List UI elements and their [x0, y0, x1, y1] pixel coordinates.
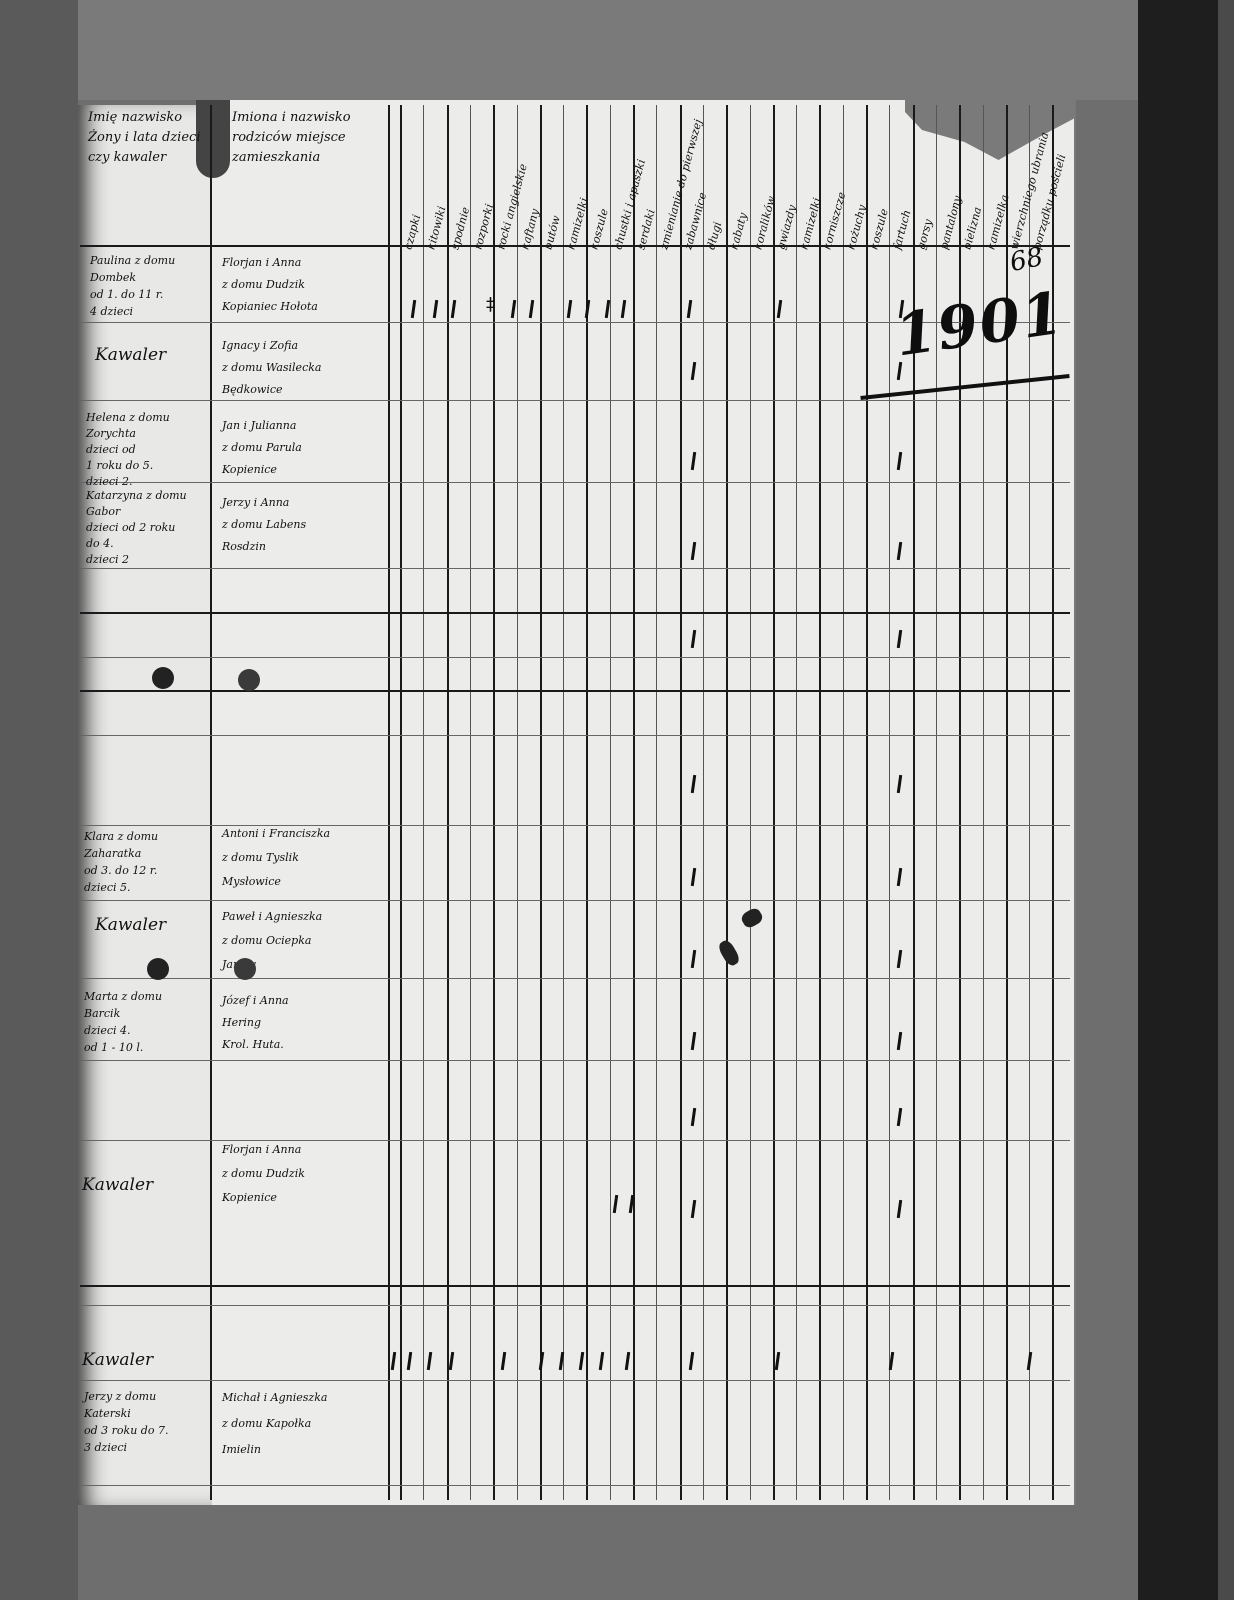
row-line [80, 612, 1070, 614]
entry-right-4: Jerzy i Anna z domu Labens Rosdzin [222, 492, 387, 558]
column-divider [726, 105, 728, 1500]
scanner-edge-strip [1138, 0, 1218, 1600]
entry-right-9: Józef i Anna Hering Krol. Huta. [222, 990, 387, 1056]
row-line [80, 735, 1070, 736]
entry-left-11: Kawaler [82, 1175, 153, 1195]
column-divider [843, 105, 844, 1500]
column-divider [400, 105, 402, 1500]
entry-right-14: Michał i Agnieszka z domu Kapołka Imieli… [222, 1385, 387, 1463]
divider-flap [210, 105, 212, 1500]
column-divider [517, 105, 518, 1500]
column-divider [423, 105, 424, 1500]
row-line [80, 1060, 1070, 1061]
entry-left-4: Katarzyna z domu Gabor dzieci od 2 roku … [86, 488, 208, 568]
entry-right-3: Jan i Julianna z domu Parula Kopienice [222, 415, 387, 481]
column-divider [447, 105, 449, 1500]
column-divider [633, 105, 635, 1500]
punch-hole [147, 958, 169, 980]
header-parents-column: Imiona i nazwisko rodziców miejsce zamie… [232, 108, 382, 168]
row-line [80, 978, 1070, 979]
tally-mark: ‡ [486, 294, 495, 315]
entry-left-9: Marta z domu Barcik dzieci 4. od 1 - 10 … [84, 988, 208, 1056]
entry-right-11: Florjan i Anna z domu Dudzik Kopienice [222, 1138, 387, 1210]
row-line [80, 657, 1070, 658]
entry-left-13: Kawaler [82, 1350, 153, 1370]
column-divider [656, 105, 657, 1500]
column-divider [680, 105, 682, 1500]
row-line [80, 1380, 1070, 1381]
scanner-background-right [1218, 0, 1234, 1600]
row-line [80, 900, 1070, 901]
row-line [80, 568, 1070, 569]
row-line [80, 690, 1070, 692]
column-divider [796, 105, 797, 1500]
row-line [80, 482, 1070, 483]
column-divider [819, 105, 821, 1500]
column-divider [866, 105, 868, 1500]
scanner-background-top [78, 0, 1138, 100]
column-divider [773, 105, 775, 1500]
entry-left-14: Jerzy z domu Katerski od 3 roku do 7. 3 … [84, 1388, 208, 1456]
punch-hole [238, 669, 260, 691]
column-divider [610, 105, 611, 1500]
column-divider [563, 105, 564, 1500]
row-line [80, 1285, 1070, 1287]
entry-left-1: Paulina z domu Dombek od 1. do 11 r. 4 d… [90, 252, 208, 320]
column-divider [470, 105, 471, 1500]
entry-right-1: Florjan i Anna z domu Dudzik Kopianiec H… [222, 252, 387, 318]
row-line [80, 1485, 1070, 1486]
entry-right-7: Antoni i Franciszka z domu Tyslik Mysłow… [222, 822, 387, 894]
entry-left-7: Klara z domu Zaharatka od 3. do 12 r. dz… [84, 828, 208, 896]
punch-hole [152, 667, 174, 689]
header-bottom-line [80, 245, 1070, 247]
entry-right-2: Ignacy i Zofia z domu Wasilecka Będkowic… [222, 335, 387, 401]
row-line [80, 1305, 1070, 1306]
column-divider [703, 105, 704, 1500]
entry-left-8: Kawaler [95, 915, 166, 935]
punch-hole [234, 958, 256, 980]
divider-parents [388, 105, 390, 1500]
column-divider [750, 105, 751, 1500]
scanner-background-left [0, 0, 78, 1600]
column-divider [540, 105, 542, 1500]
entry-left-3: Helena z domu Zorychta dzieci od 1 roku … [86, 410, 208, 490]
column-divider [889, 105, 890, 1500]
entry-left-2: Kawaler [95, 345, 166, 365]
header-bride-column: Imię nazwisko Żony i lata dzieci czy kaw… [88, 108, 208, 168]
